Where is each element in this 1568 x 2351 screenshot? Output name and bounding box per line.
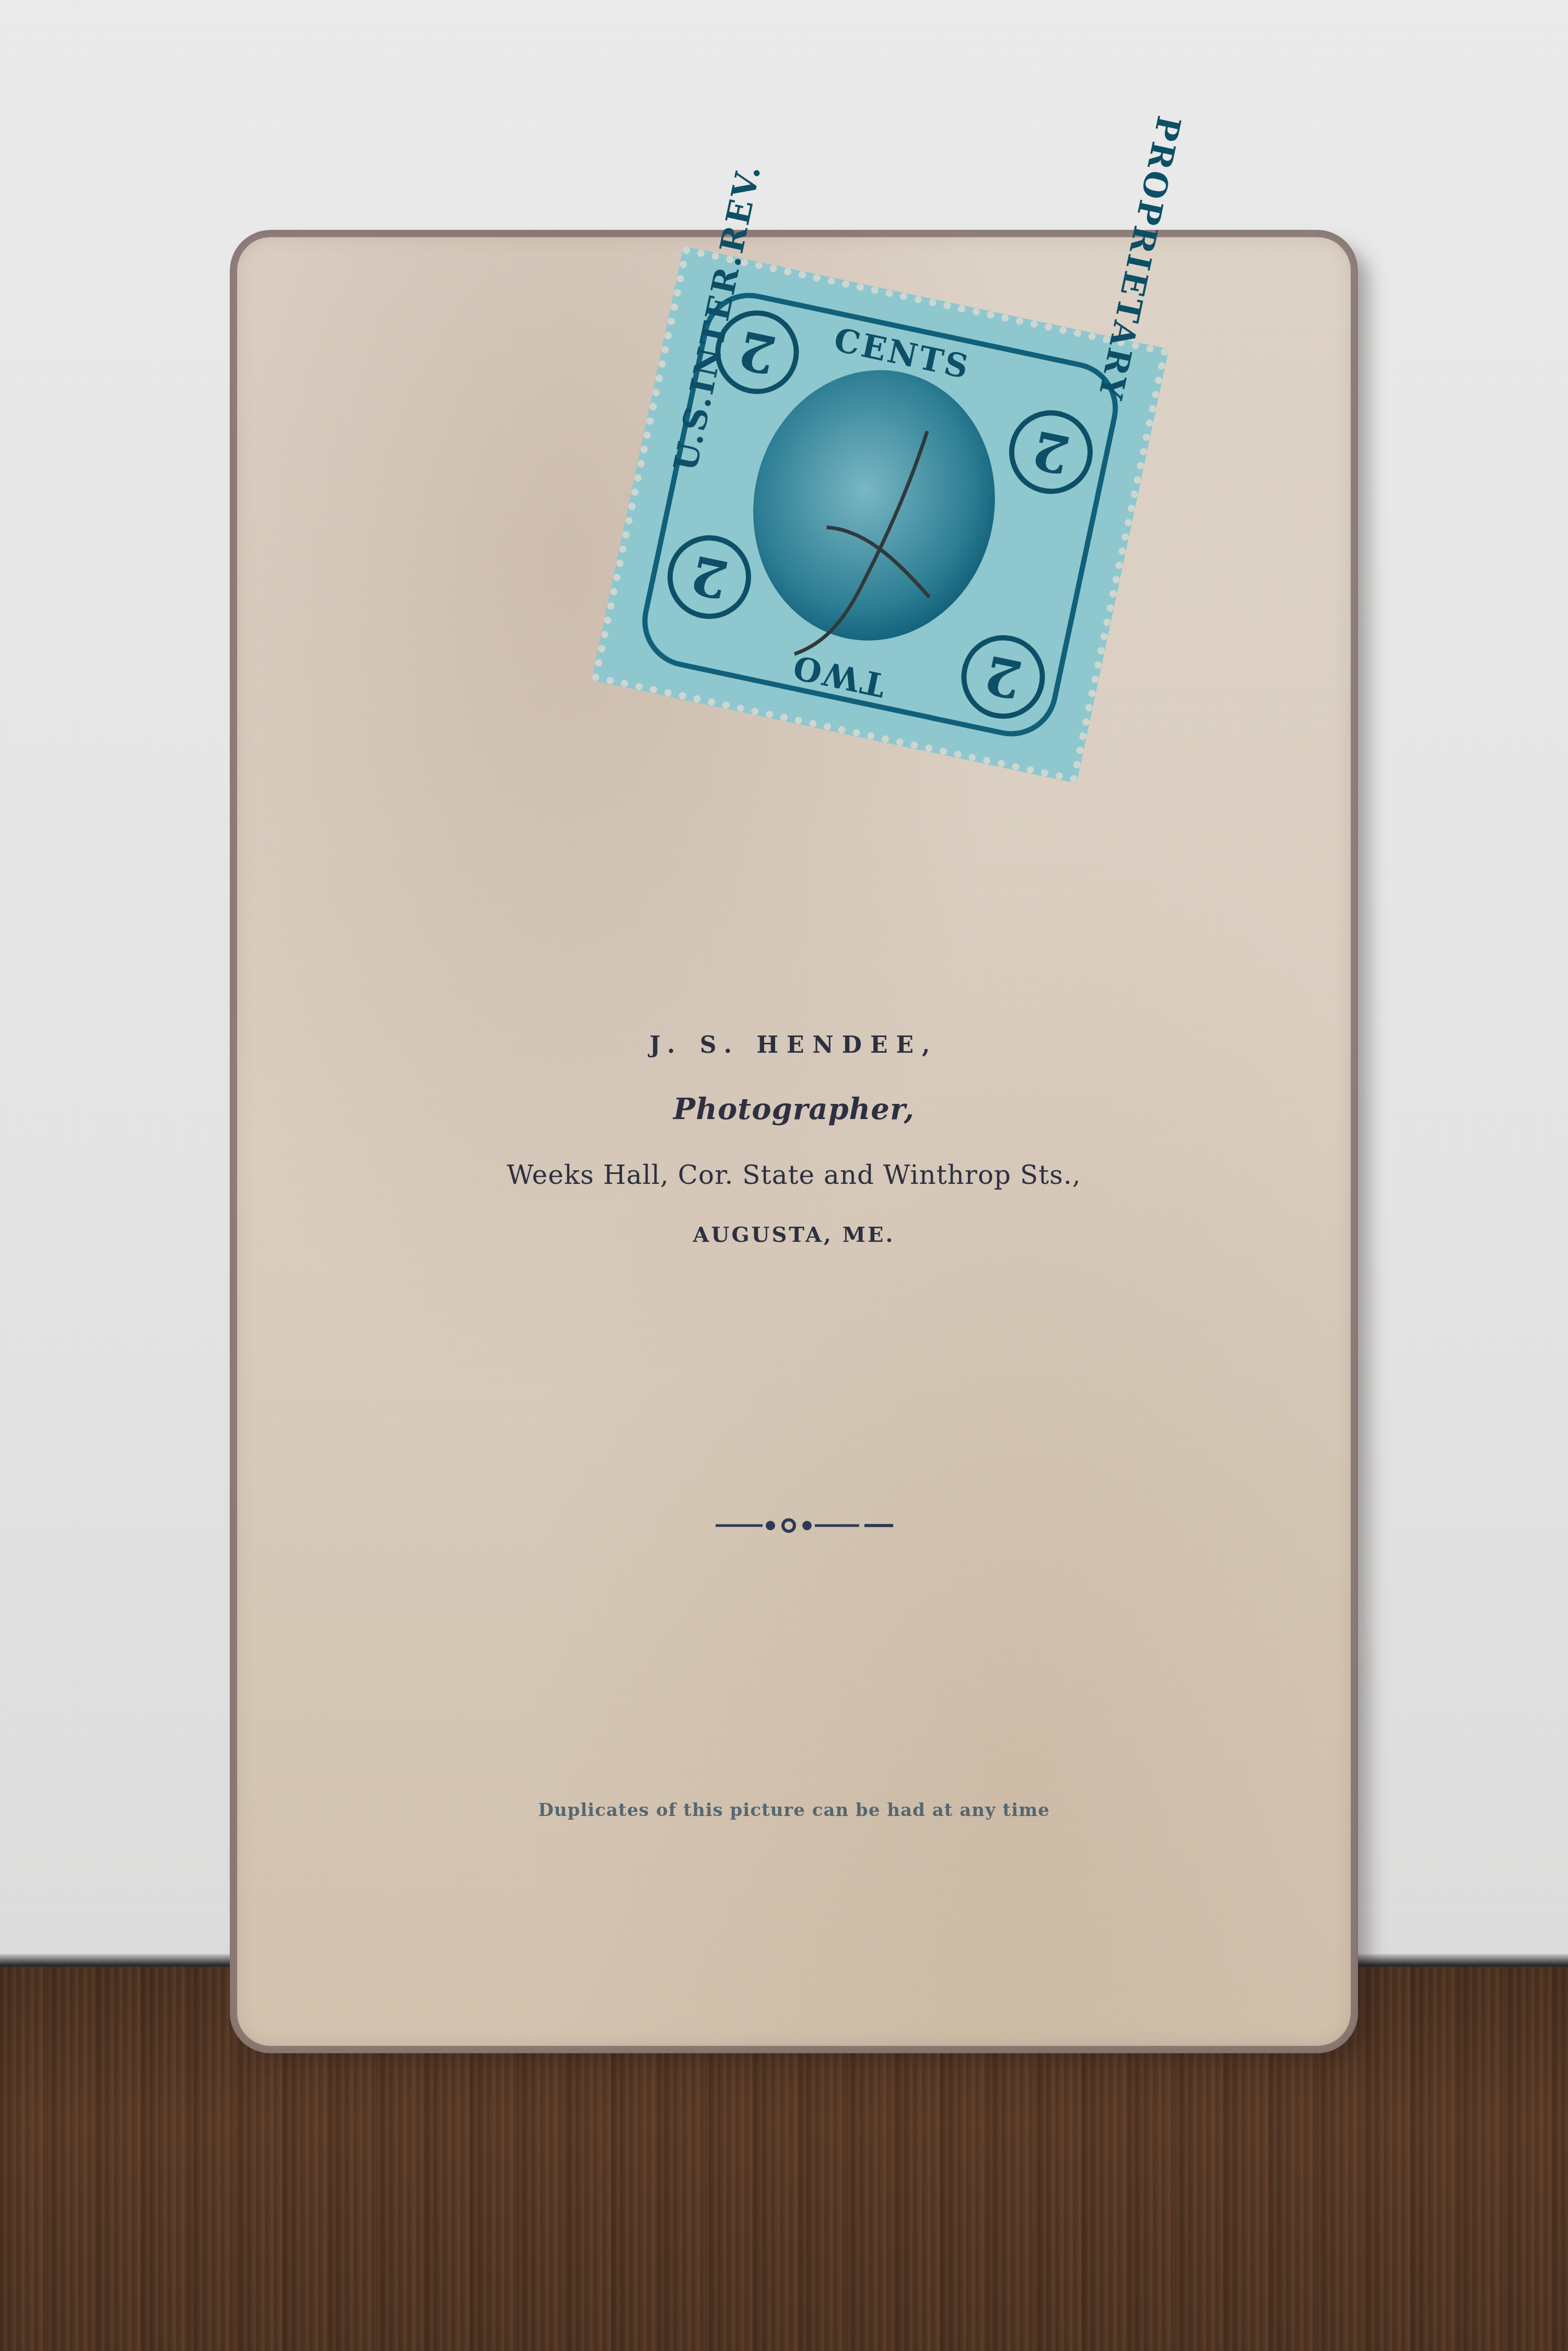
photographer-title: Photographer, <box>230 1092 1358 1126</box>
studio-city: AUGUSTA, ME. <box>230 1223 1358 1247</box>
duplicates-notice: Duplicates of this picture can be had at… <box>230 1800 1358 1821</box>
photographer-name: J. S. HENDEE, <box>230 1032 1358 1058</box>
decorative-rule-icon <box>710 1518 898 1533</box>
studio-address: Weeks Hall, Cor. State and Winthrop Sts.… <box>230 1160 1358 1190</box>
